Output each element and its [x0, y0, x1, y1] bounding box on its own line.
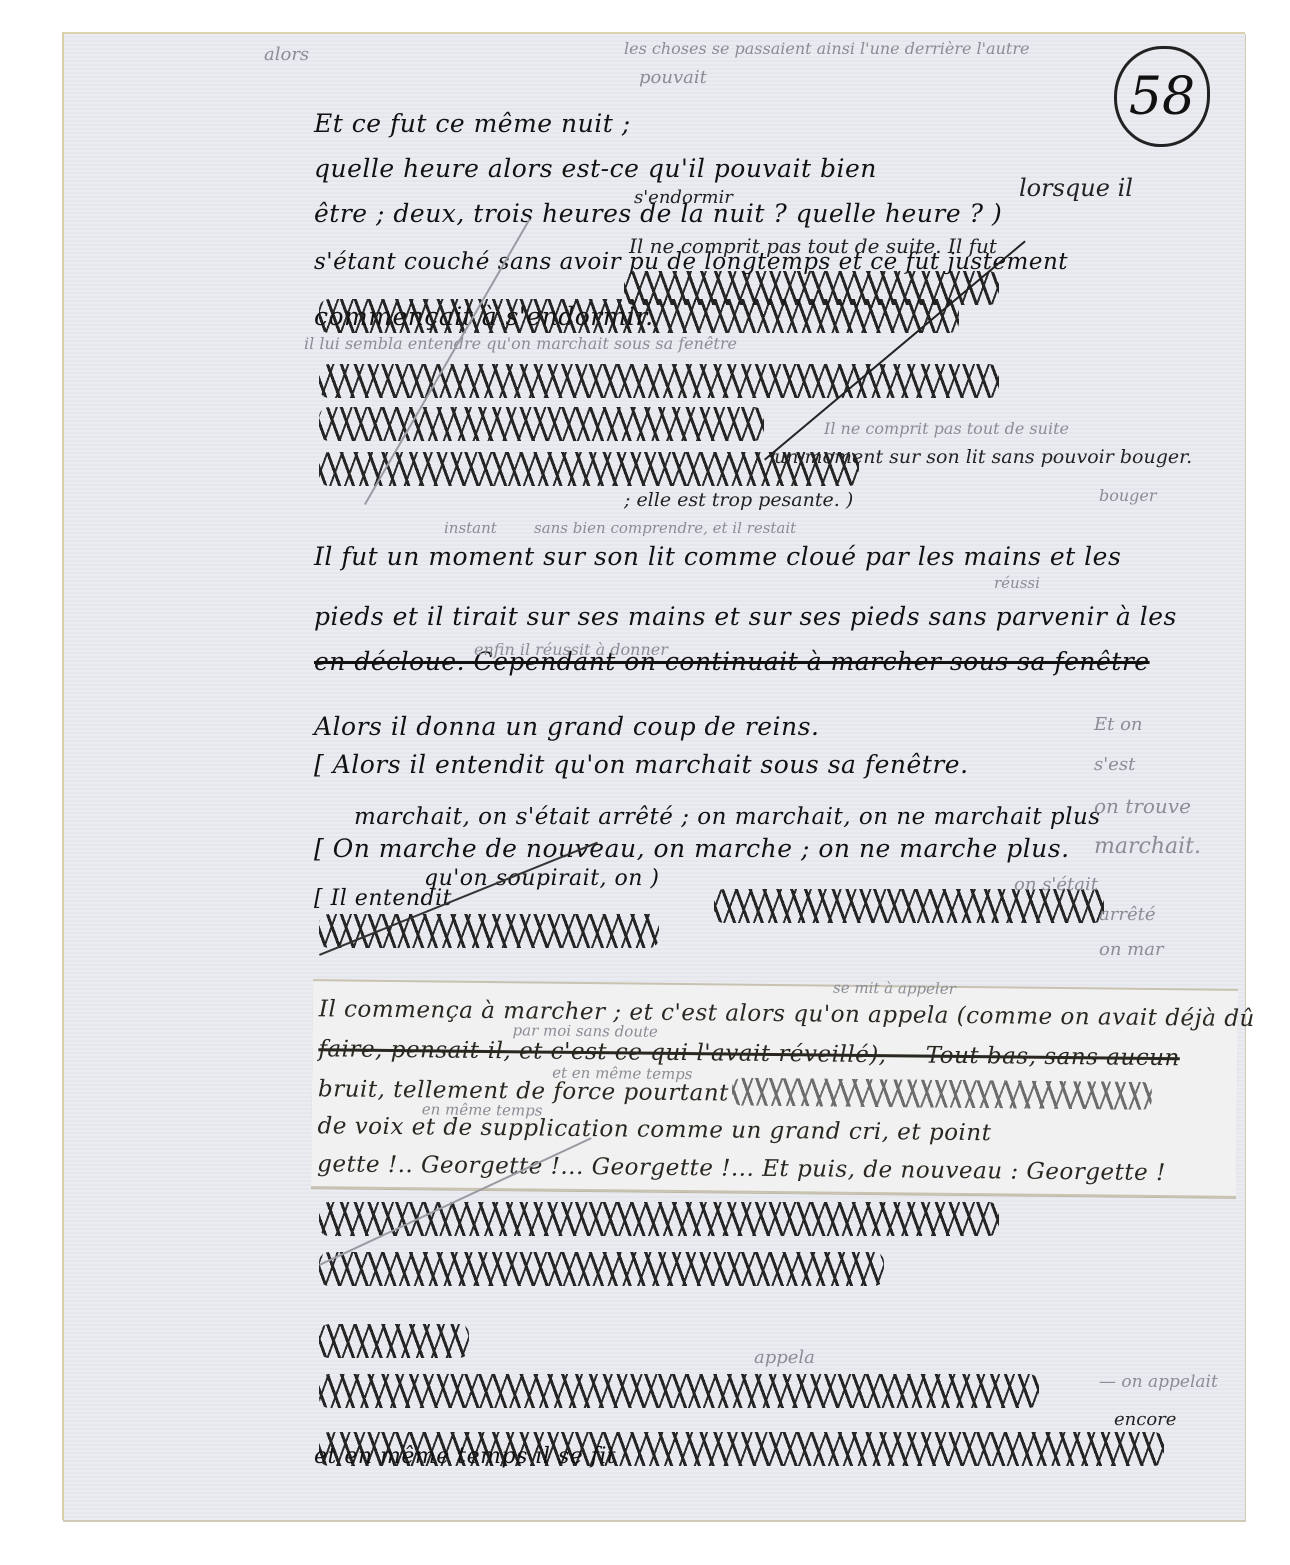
pencil-note: pouvait [639, 67, 707, 88]
pencil-note: Et on [1094, 714, 1143, 735]
pencil-note: marchait. [1094, 834, 1201, 859]
struck-out-line [732, 1078, 1152, 1110]
slip-line: de voix et de supplication comme un gran… [317, 1113, 991, 1146]
pencil-note: Il ne comprit pas tout de suite [824, 419, 1069, 438]
manuscript-line: Alors il donna un grand coup de reins. [314, 712, 819, 741]
struck-out-line [319, 1324, 469, 1358]
page-number-text: 58 [1129, 67, 1195, 127]
pencil-note: appela [754, 1347, 815, 1368]
manuscript-line: qu'on soupirait, on ) [424, 866, 660, 891]
pencil-note: il lui sembla entendre qu'on marchait so… [304, 334, 737, 353]
slip-annotation: en même temps [422, 1100, 543, 1119]
pencil-note: — on appelait [1099, 1372, 1218, 1392]
pencil-note: instant [444, 519, 497, 537]
pasted-paper-slip: Il commença à marcher ; et c'est alors q… [311, 979, 1238, 1198]
struck-out-line [319, 364, 999, 398]
page-number: 58 [1114, 46, 1210, 147]
manuscript-line: [ On marche de nouveau, on marche ; on n… [314, 834, 1070, 863]
manuscript-line: et en même temps il se fit [314, 1444, 616, 1469]
struck-out-line [319, 914, 659, 948]
pencil-note: on trouve [1094, 794, 1191, 818]
pencil-note: on mar [1099, 939, 1164, 960]
manuscript-page: 58 Et ce fut ce même nuit ; quelle heure… [62, 32, 1245, 1520]
struck-out-line [319, 407, 764, 441]
struck-out-line [319, 299, 959, 333]
slip-line: gette !.. Georgette !... Georgette !... … [317, 1151, 1166, 1186]
manuscript-line: Il fut un moment sur son lit comme cloué… [314, 542, 1121, 571]
manuscript-line: pieds et il tirait sur ses mains et sur … [314, 602, 1177, 631]
pencil-note: ; elle est trop pesante. ) [624, 489, 853, 511]
pencil-note: les choses se passaient ainsi l'une derr… [624, 39, 1029, 58]
pencil-note: sans bien comprendre, et il restait [534, 519, 796, 537]
manuscript-line: quelle heure alors est-ce qu'il pouvait … [314, 154, 877, 183]
manuscript-line: [ Alors il entendit qu'on marchait sous … [314, 750, 969, 779]
pencil-note: réussi [994, 574, 1040, 592]
pencil-note: s'endormir [634, 187, 733, 208]
struck-out-line [319, 1374, 1039, 1408]
pencil-note: arrêté [1099, 904, 1155, 925]
struck-out-line [319, 1202, 999, 1236]
pencil-note: enfin il réussit à donner [474, 640, 668, 659]
slip-annotation: se mit à appeler [833, 979, 956, 998]
pencil-note: Il ne comprit pas tout de suite. Il fut [629, 234, 997, 258]
pencil-note: un moment sur son lit sans pouvoir bouge… [774, 446, 1192, 468]
pencil-note: lorsque il [1019, 174, 1133, 202]
manuscript-line: Et ce fut ce même nuit ; [314, 109, 631, 138]
slip-annotation: par moi sans doute [513, 1021, 658, 1041]
slip-line: Il commença à marcher ; et c'est alors q… [319, 996, 1255, 1032]
slip-line: faire, pensait-il, et c'est ce qui l'ava… [318, 1036, 1180, 1071]
manuscript-line-struck: en décloue. Cependant on continuait à ma… [314, 647, 1150, 676]
pencil-note: s'est [1094, 754, 1135, 775]
pencil-note: bouger [1099, 486, 1157, 505]
slip-annotation: et en même temps [552, 1064, 693, 1083]
pencil-note: encore [1114, 1409, 1176, 1430]
struck-out-line [319, 1252, 884, 1286]
pencil-note: on s'était [1014, 874, 1098, 895]
pencil-note: alors [264, 44, 309, 65]
manuscript-line: marchait, on s'était arrêté ; on marchai… [354, 804, 1101, 830]
